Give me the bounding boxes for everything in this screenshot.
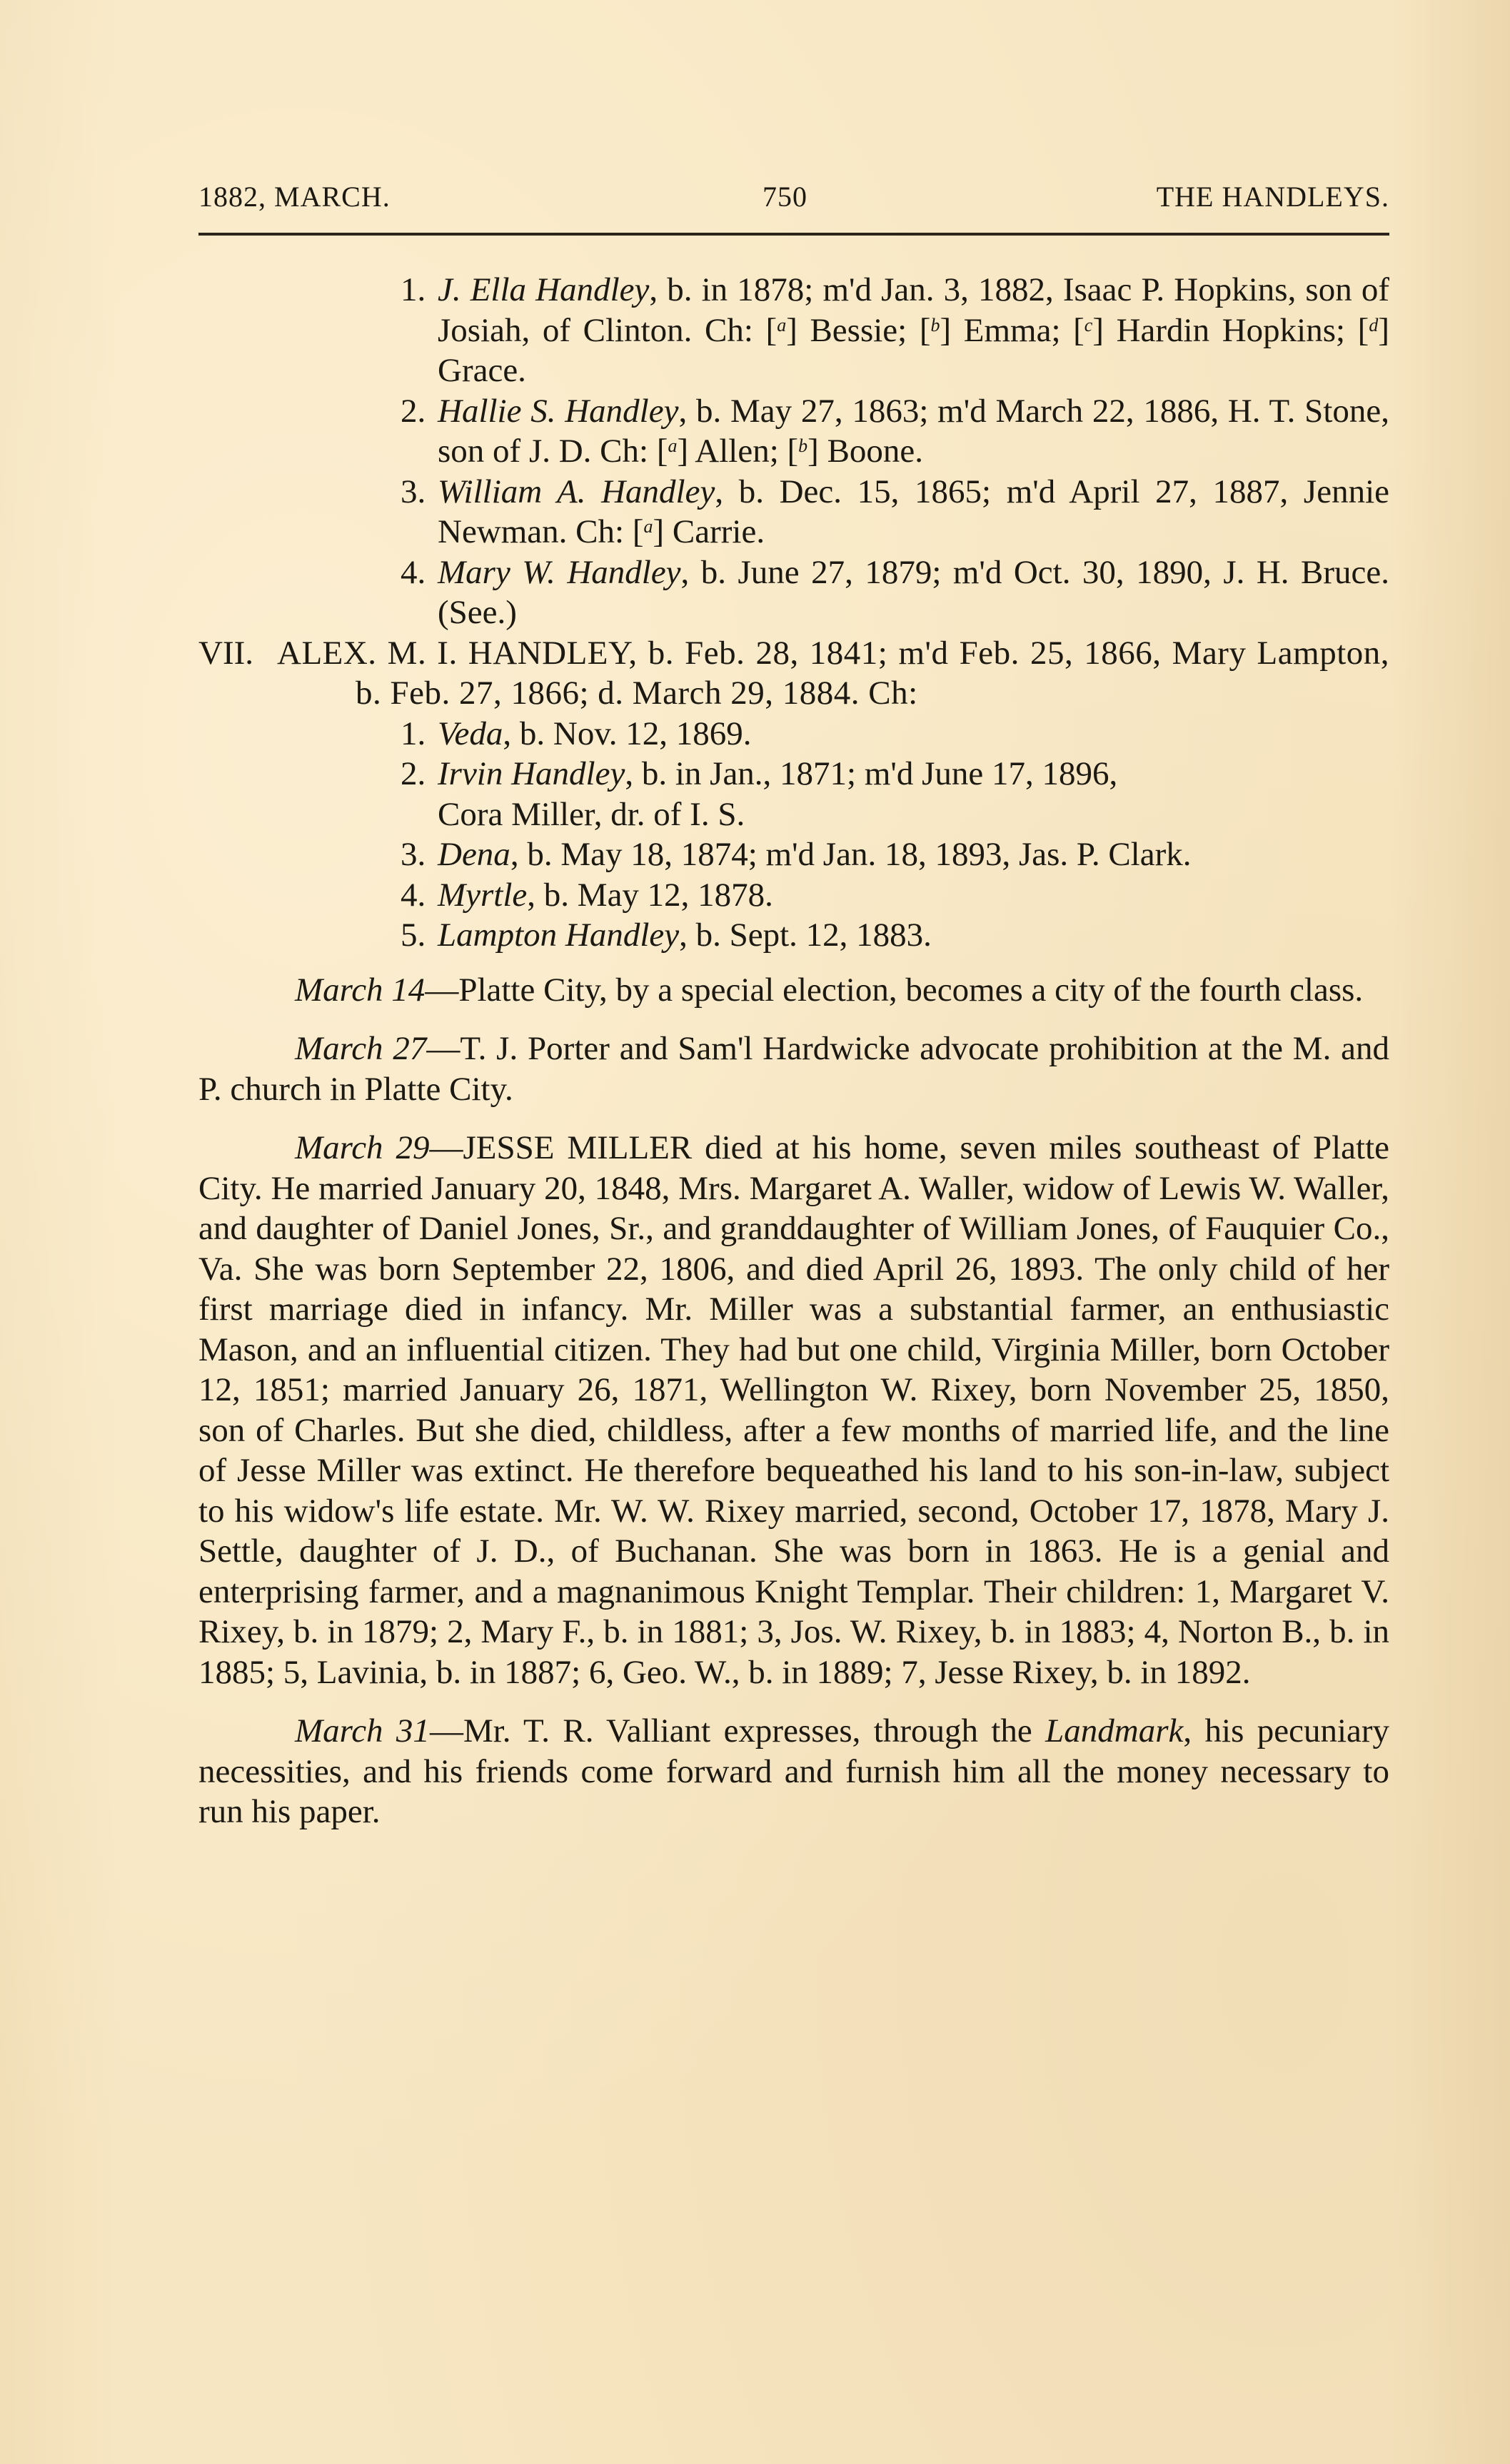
entry-text: , b. Sept. 12, 1883. <box>679 917 932 954</box>
child-entry: 5.Lampton Handley, b. Sept. 12, 1883. <box>198 915 1389 956</box>
entry-name: Hallie S. Handley <box>438 393 678 430</box>
entry-text: , b. in Jan., 1871; m'd June 17, 1896, <box>625 755 1117 792</box>
chronicle-text: —JESSE MILLER died at his home, seven mi… <box>198 1129 1389 1691</box>
running-head-title: THE HANDLEYS. <box>1157 180 1389 213</box>
family-entry: 1.J. Ella Handley, b. in 1878; m'd Jan. … <box>198 270 1389 391</box>
entry-number: 2. <box>401 391 438 432</box>
child-marker: d <box>1369 315 1378 335</box>
entry-name: Myrtle <box>438 877 527 914</box>
page-number: 750 <box>762 180 807 213</box>
family-entry: 3.William A. Handley, b. Dec. 15, 1865; … <box>198 472 1389 552</box>
child-marker: a <box>643 516 653 537</box>
child-entry: 1.Veda, b. Nov. 12, 1869. <box>198 714 1389 754</box>
child-marker: a <box>777 315 786 335</box>
entry-name: Dena <box>438 836 510 873</box>
entry-name: J. Ella Handley <box>438 271 649 308</box>
child-entry-continuation: Cora Miller, dr. of I. S. <box>198 794 1389 835</box>
chronicle-date: March 14 <box>295 971 425 1009</box>
child-marker: b <box>798 435 807 456</box>
running-head-date: 1882, MARCH. <box>198 180 391 213</box>
running-head: 1882, MARCH. 750 THE HANDLEYS. <box>198 180 1389 216</box>
child-entry: 2.Irvin Handley, b. in Jan., 1871; m'd J… <box>198 754 1389 794</box>
page-body: 1.J. Ella Handley, b. in 1878; m'd Jan. … <box>198 270 1389 1832</box>
entry-text: ] Carrie. <box>653 513 765 550</box>
entry-name: Lampton Handley <box>438 917 679 954</box>
chronicle-date: March 31 <box>295 1712 430 1749</box>
generation-entry: VII.ALEX. M. I. HANDLEY, b. Feb. 28, 184… <box>198 633 1389 714</box>
chronicle-entry-march-27: March 27—T. J. Porter and Sam'l Hardwick… <box>198 1029 1389 1109</box>
child-marker: c <box>1084 315 1093 335</box>
child-entry: 4.Myrtle, b. May 12, 1878. <box>198 875 1389 916</box>
entry-name: Mary W. Handley <box>438 554 681 591</box>
newspaper-title: Landmark <box>1045 1712 1183 1749</box>
family-entry: 4.Mary W. Handley, b. June 27, 1879; m'd… <box>198 552 1389 633</box>
child-entry: 3.Dena, b. May 18, 1874; m'd Jan. 18, 18… <box>198 834 1389 875</box>
entry-text: Cora Miller, dr. of I. S. <box>438 796 745 833</box>
entry-number: 3. <box>401 834 438 875</box>
chronicle-entry-march-14: March 14—Platte City, by a special elect… <box>198 970 1389 1011</box>
entry-text: , b. May 18, 1874; m'd Jan. 18, 1893, Ja… <box>510 836 1192 873</box>
chronicle-text: —Platte City, by a special election, bec… <box>425 971 1363 1009</box>
entry-number: 2. <box>401 754 438 794</box>
entry-name: Irvin Handley <box>438 755 625 792</box>
entry-text: ] Hardin Hopkins; [ <box>1092 312 1369 349</box>
child-marker: b <box>931 315 940 335</box>
chronicle-entry-march-29: March 29—JESSE MILLER died at his home, … <box>198 1128 1389 1692</box>
entry-text: , b. May 12, 1878. <box>527 877 773 914</box>
family-entry: 2.Hallie S. Handley, b. May 27, 1863; m'… <box>198 391 1389 472</box>
generation-text: ALEX. M. I. HANDLEY, b. Feb. 28, 1841; m… <box>277 635 1389 712</box>
chronicle-date: March 29 <box>295 1129 429 1166</box>
entry-number: 1. <box>401 714 438 754</box>
generation-numeral: VII. <box>198 633 277 674</box>
entry-name: William A. Handley <box>438 473 715 510</box>
chronicle-entry-march-31: March 31—Mr. T. R. Valliant expresses, t… <box>198 1711 1389 1832</box>
header-rule <box>198 233 1389 236</box>
entry-number: 4. <box>401 552 438 593</box>
entry-text: ] Emma; [ <box>940 312 1084 349</box>
entry-text: ] Bessie; [ <box>786 312 930 349</box>
child-marker: a <box>668 435 677 456</box>
entry-name: Veda <box>438 715 503 752</box>
chronicle-text: —Mr. T. R. Valliant expresses, through t… <box>430 1712 1045 1749</box>
spacer <box>198 956 1389 970</box>
entry-number: 1. <box>401 270 438 310</box>
entry-number: 4. <box>401 875 438 916</box>
entry-number: 5. <box>401 915 438 956</box>
entry-text: ] Allen; [ <box>677 433 798 470</box>
chronicle-date: March 27 <box>295 1030 426 1067</box>
entry-text: , b. Nov. 12, 1869. <box>503 715 751 752</box>
entry-number: 3. <box>401 472 438 513</box>
entry-text: ] Boone. <box>807 433 923 470</box>
